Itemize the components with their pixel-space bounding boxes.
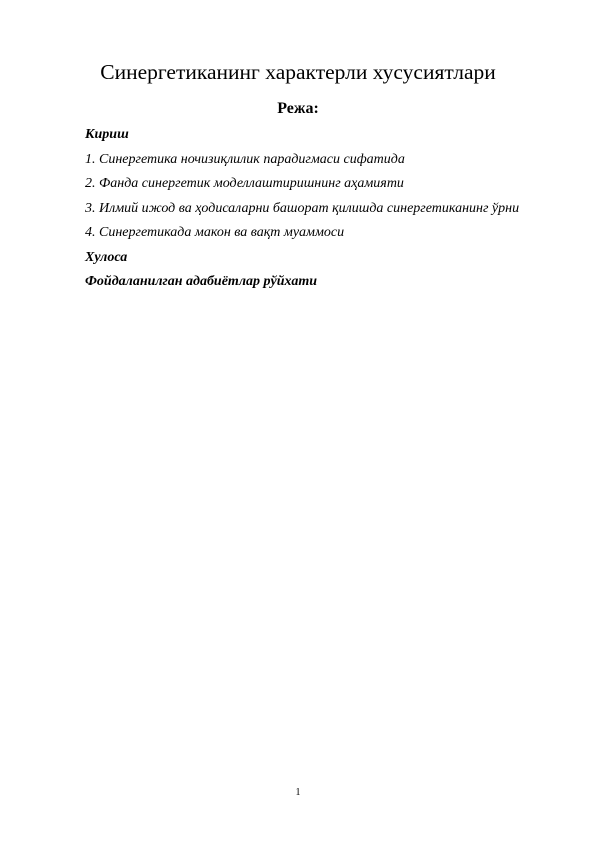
page-number: 1 bbox=[0, 786, 596, 800]
document-page: Синергетиканинг характерли хусусиятлари … bbox=[0, 0, 596, 842]
toc-item-4: 4. Синергетикада макон ва вақт муаммоси bbox=[85, 221, 530, 246]
plan-heading: Режа: bbox=[0, 98, 596, 120]
toc-item-3: 3. Илмий ижод ва ҳодисаларни башорат қил… bbox=[85, 197, 530, 222]
toc-item-references: Фойдаланилган адабиётлар рўйхати bbox=[85, 270, 530, 295]
table-of-contents: Кириш 1. Синергетика ночизиқлилик паради… bbox=[85, 123, 530, 295]
toc-item-conclusion: Хулоса bbox=[85, 246, 530, 271]
toc-item-2: 2. Фанда синергетик моделлаштиришнинг аҳ… bbox=[85, 172, 530, 197]
toc-item-introduction: Кириш bbox=[85, 123, 530, 148]
document-title: Синергетиканинг характерли хусусиятлари bbox=[0, 58, 596, 86]
toc-item-1: 1. Синергетика ночизиқлилик парадигмаси … bbox=[85, 148, 530, 173]
